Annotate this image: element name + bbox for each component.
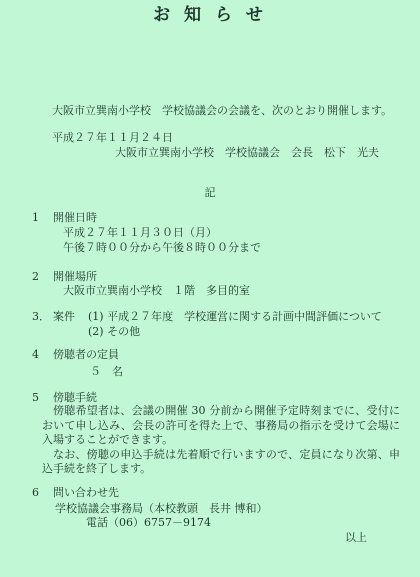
section-5-heading-row: 5傍聴手続 <box>32 390 97 405</box>
section-1-heading-row: 1開催日時 <box>32 210 97 225</box>
section-5-body: 傍聴希望者は、会議の開催 30 分前から開催予定時刻までに、受付において申し込み… <box>42 404 400 477</box>
section-4-line-1: ５ 名 <box>90 364 123 379</box>
notice-page: お 知 ら せ 大阪市立巽南小学校 学校協議会の会議を、次のとおり開催します。 … <box>0 0 420 577</box>
section-5-heading: 傍聴手続 <box>53 391 97 404</box>
record-marker: 記 <box>0 185 420 200</box>
section-1-number: 1 <box>32 210 53 225</box>
section-3-item-1: (1) 平成２７年度 学校運営に関する計画中間評価について <box>88 310 382 323</box>
section-4-heading-row: 4傍聴者の定員 <box>32 347 119 362</box>
notice-title: お 知 ら せ <box>0 0 420 25</box>
section-3-item-2: (2) その他 <box>88 324 140 339</box>
section-1-line-1: 平成２７年１１月３０日（月） <box>63 225 217 240</box>
section-6-number: 6 <box>32 485 53 500</box>
issue-date: 平成２７年１１月２４日 <box>52 130 173 145</box>
section-1-heading: 開催日時 <box>53 211 97 224</box>
intro-line: 大阪市立巽南小学校 学校協議会の会議を、次のとおり開催します。 <box>52 103 392 118</box>
section-3-heading: 案件 <box>53 309 88 324</box>
section-1-line-2: 午後７時００分から午後８時００分まで <box>63 240 261 255</box>
section-5-paragraph-2: なお、傍聴の申込手続は先着順で行いますので、定員になり次第、申込手続を終了します… <box>42 448 400 477</box>
section-2-heading-row: 2開催場所 <box>32 269 97 284</box>
section-6-line-1: 学校協議会事務局（本校教頭 長井 博和） <box>55 501 268 516</box>
issuer-line: 大阪市立巽南小学校 学校協議会 会長 松下 光夫 <box>115 145 379 160</box>
section-5-paragraph-1: 傍聴希望者は、会議の開催 30 分前から開催予定時刻までに、受付において申し込み… <box>42 404 400 448</box>
section-3-number: 3． <box>32 309 53 324</box>
section-6-heading: 問い合わせ先 <box>53 486 119 499</box>
section-2-number: 2 <box>32 269 53 284</box>
section-2-heading: 開催場所 <box>53 270 97 283</box>
section-3-heading-row: 3．案件(1) 平成２７年度 学校運営に関する計画中間評価について <box>32 309 382 324</box>
section-6-line-2: 電話（06）6757－9174 <box>86 515 211 530</box>
section-4-heading: 傍聴者の定員 <box>53 348 119 361</box>
section-2-line-1: 大阪市立巽南小学校 １階 多目的室 <box>63 283 250 298</box>
section-5-number: 5 <box>32 390 53 405</box>
section-6-heading-row: 6問い合わせ先 <box>32 485 119 500</box>
closing-marker: 以上 <box>345 530 367 545</box>
section-4-number: 4 <box>32 347 53 362</box>
